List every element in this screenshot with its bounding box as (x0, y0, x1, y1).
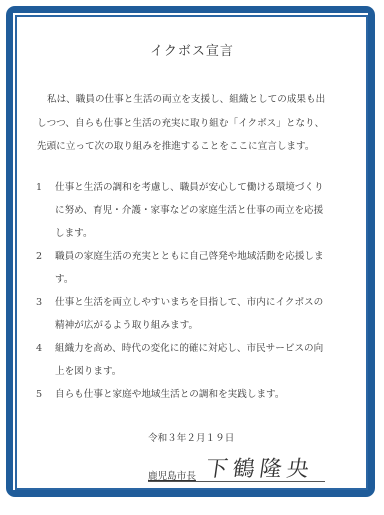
pledge-number: 3 (36, 291, 55, 337)
signature-line (148, 481, 325, 482)
pledge-line: に努め、育児・介護・家事などの家庭生活と仕事の両立を応援 (55, 199, 351, 222)
pledge-line: 仕事と生活を両立しやすいまちを目指して、市内にイクボスの (55, 291, 351, 314)
intro-line: しつつ、自らも仕事と生活の充実に取り組む「イクボス」となり、 (37, 112, 349, 136)
pledge-line: す。 (55, 268, 351, 291)
intro-line: 私は、職員の仕事と生活の両立を支援し、組織としての成果も出 (37, 88, 349, 112)
declaration-date: 令和３年２月１９日 (148, 430, 234, 444)
document-title: イクボス宣言 (0, 40, 384, 59)
pledge-number: 2 (36, 245, 55, 291)
pledge-number: 1 (36, 176, 55, 245)
pledge-number: 4 (36, 337, 55, 383)
pledge-item: 2 職員の家庭生活の充実とともに自己啓発や地域活動を応援しま す。 (36, 245, 351, 291)
pledge-line: 組織力を高め、時代の変化に的確に対応し、市民サービスの向 (55, 337, 351, 360)
pledge-list: 1 仕事と生活の調和を考慮し、職員が安心して働ける環境づくり に努め、育児・介護… (36, 176, 351, 406)
pledge-line: 仕事と生活の調和を考慮し、職員が安心して働ける環境づくり (55, 176, 351, 199)
pledge-line: 上を図ります。 (55, 360, 351, 383)
intro-line: 先頭に立って次の取り組みを推進することをここに宣言します。 (37, 135, 349, 159)
pledge-line: 自らも仕事と家庭や地域生活との調和を実践します。 (55, 383, 351, 406)
pledge-number: 5 (36, 383, 55, 406)
pledge-item: 1 仕事と生活の調和を考慮し、職員が安心して働ける環境づくり に努め、育児・介護… (36, 176, 351, 245)
pledge-item: 5 自らも仕事と家庭や地域生活との調和を実践します。 (36, 383, 351, 406)
pledge-item: 4 組織力を高め、時代の変化に的確に対応し、市民サービスの向 上を図ります。 (36, 337, 351, 383)
pledge-line: 精神が広がるよう取り組みます。 (55, 314, 351, 337)
intro-paragraph: 私は、職員の仕事と生活の両立を支援し、組織としての成果も出 しつつ、自らも仕事と… (37, 88, 349, 159)
handwritten-signature: 下鶴隆央 (204, 452, 316, 483)
pledge-item: 3 仕事と生活を両立しやすいまちを目指して、市内にイクボスの 精神が広がるよう取… (36, 291, 351, 337)
pledge-line: 職員の家庭生活の充実とともに自己啓発や地域活動を応援しま (55, 245, 351, 268)
signer-title: 鹿児島市長 (148, 468, 196, 482)
pledge-line: します。 (55, 222, 351, 245)
